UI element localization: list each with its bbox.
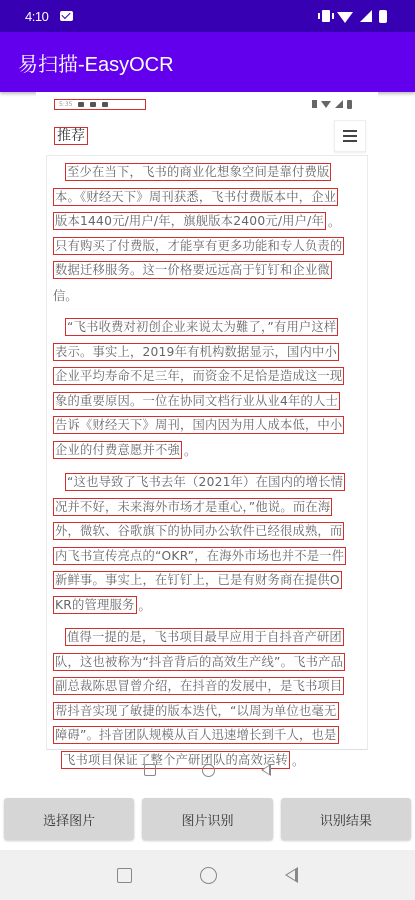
preview-header: 推荐 bbox=[54, 118, 366, 154]
status-icons bbox=[322, 10, 387, 23]
ocr-line: 表示。事实上，2019年有机构数据显示，国内中小 bbox=[53, 343, 339, 361]
signal-icon bbox=[335, 100, 343, 108]
vibrate-icon bbox=[322, 10, 330, 22]
status-time: 4:10 bbox=[25, 9, 48, 24]
ocr-line: 帮抖音实现了敏捷的版本迭代，“以周为单位也毫无 bbox=[53, 702, 339, 720]
battery-icon bbox=[347, 100, 352, 109]
preview-status-bar: 5:35 bbox=[54, 96, 366, 112]
system-nav-bar bbox=[0, 850, 415, 900]
action-buttons: 选择图片 图片识别 识别结果 bbox=[0, 798, 415, 846]
wifi-icon bbox=[337, 12, 353, 23]
ocr-line: 企业的付费意愿并不強 bbox=[53, 441, 182, 459]
ocr-box-brand: 推荐 bbox=[54, 127, 88, 145]
ocr-line: 至少在当下，飞书的商业化想象空间是靠付费版 bbox=[65, 163, 331, 181]
image-preview: 5:35 推荐 至少在当下，飞书的商业化想象空间是靠付费版 本。《财经天下》周刊… bbox=[36, 92, 378, 792]
ocr-line: 企业平均寿命不足三年，而资金不足恰是造成这一现 bbox=[53, 367, 344, 385]
notification-icon bbox=[78, 102, 84, 107]
select-image-button[interactable]: 选择图片 bbox=[4, 798, 134, 840]
back-icon bbox=[261, 764, 271, 776]
recents-icon[interactable] bbox=[117, 868, 132, 883]
wifi-icon bbox=[321, 101, 331, 108]
mail-icon bbox=[60, 11, 73, 21]
recognize-image-button[interactable]: 图片识别 bbox=[142, 798, 272, 840]
ocr-box-status: 5:35 bbox=[54, 99, 146, 110]
ocr-line: 只有购买了付费版，才能享有更多功能和专人负责的 bbox=[53, 237, 344, 255]
ocr-line: 副总裁陈思冒曾介绍，在抖音的发展中，是飞书项目 bbox=[53, 677, 344, 695]
ocr-line: 外，微软、谷歌旗下的协同办公软件已经很成熟，而 bbox=[53, 522, 344, 540]
notification-icon bbox=[90, 102, 96, 107]
paragraph-1: 至少在当下，飞书的商业化想象空间是靠付费版 本。《财经天下》周刊获悉，飞书付费版… bbox=[53, 160, 361, 307]
ocr-line: “飞书收费对初创企业来说太为難了，”有用户这样 bbox=[65, 318, 338, 336]
home-icon[interactable] bbox=[200, 867, 217, 884]
ocr-line: “这也导致了飞书去年（2021年）在国内的增长情 bbox=[65, 473, 345, 491]
ocr-line: 况并不好，未来海外市场才是重心，”他说。而在海 bbox=[53, 498, 332, 516]
hamburger-icon bbox=[334, 120, 366, 152]
ocr-line: 新鲜事。事实上，在钉钉上，已是有财务商在提供O bbox=[53, 571, 342, 589]
home-icon bbox=[202, 764, 215, 777]
ocr-line: 告诉《财经天下》周刊，国内因为用人成本低，中小 bbox=[53, 416, 344, 434]
recents-icon bbox=[144, 764, 156, 776]
app-bar: 易扫描-EasyOCR bbox=[0, 32, 415, 92]
preview-status-icons bbox=[312, 100, 352, 109]
ocr-line: 队，这也被称为“抖音背后的高效生产线”。飞书产品 bbox=[53, 653, 345, 671]
vibrate-icon bbox=[312, 100, 317, 108]
ocr-line: 版本1440元/用户/年，旗舰版本2400元/用户/年 bbox=[53, 212, 326, 230]
ocr-line: 象的重要原因。一位在协同文档行业从业4年的人士 bbox=[53, 392, 340, 410]
battery-icon bbox=[379, 10, 387, 23]
preview-time: 5:35 bbox=[59, 101, 72, 108]
paragraph-2: “飞书收费对初创企业来说太为難了，”有用户这样 表示。事实上，2019年有机构数… bbox=[53, 315, 361, 462]
ocr-line: 障碍”。抖音团队规模从百人迅速增长到千人，也是 bbox=[53, 726, 339, 744]
ocr-line: 数据迁移服务。这一价格要远远高于钉钉和企业微 bbox=[53, 261, 332, 279]
ocr-article: 至少在当下，飞书的商业化想象空间是靠付费版 本。《财经天下》周刊获悉，飞书付费版… bbox=[46, 155, 368, 750]
ocr-line: 内飞书宣传亮点的“OKR”，在海外市场也并不是一件 bbox=[53, 547, 346, 565]
preview-nav-bar bbox=[36, 750, 378, 790]
ocr-line: KR的管理服务 bbox=[53, 596, 137, 614]
paragraph-3: “这也导致了飞书去年（2021年）在国内的增长情 况并不好，未来海外市场才是重心… bbox=[53, 470, 361, 617]
unboxed-text: 信。 bbox=[53, 286, 78, 304]
recognition-result-button[interactable]: 识别结果 bbox=[281, 798, 411, 840]
ocr-line: 值得一提的是，飞书项目最早应用于自抖音产研团 bbox=[65, 628, 344, 646]
app-title: 易扫描-EasyOCR bbox=[18, 48, 174, 77]
notification-icon bbox=[102, 102, 108, 107]
ocr-line: 本。《财经天下》周刊获悉，飞书付费版本中，企业 bbox=[53, 188, 338, 206]
signal-icon bbox=[360, 10, 372, 22]
back-icon[interactable] bbox=[285, 867, 298, 883]
status-bar: 4:10 bbox=[0, 0, 415, 32]
